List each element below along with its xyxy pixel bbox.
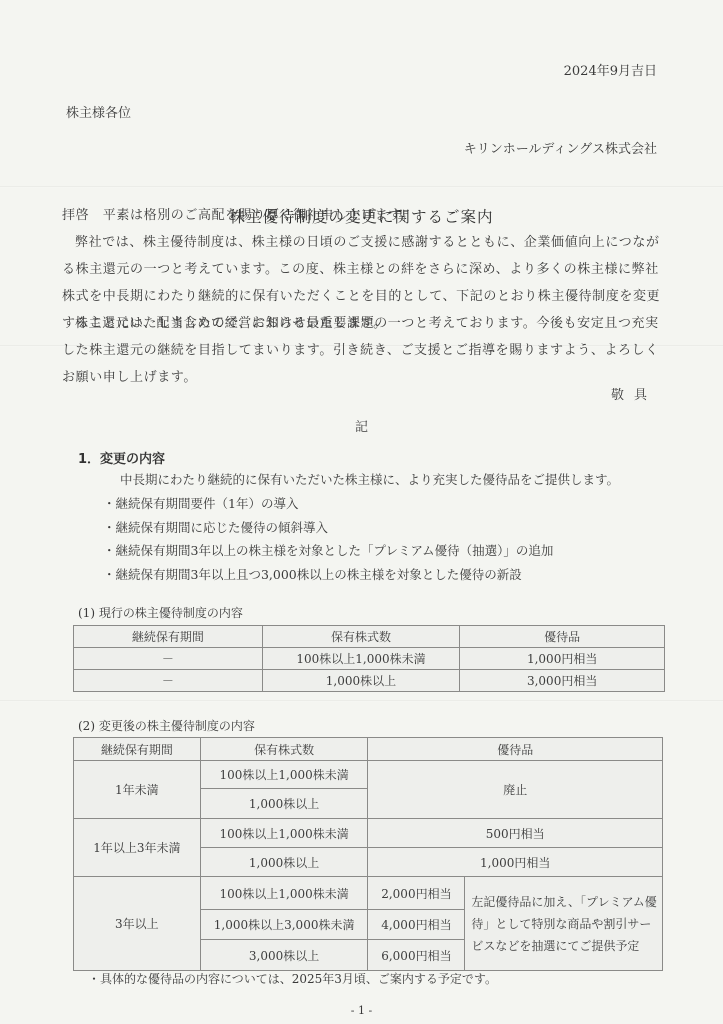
company-name: キリンホールディングス株式会社: [464, 138, 657, 157]
table-header-row: 継続保有期間 保有株式数 優待品: [74, 626, 665, 648]
new-benefits-table: 継続保有期間 保有株式数 優待品 1年未満 100株以上1,000株未満 廃止 …: [73, 737, 663, 971]
header-period: 継続保有期間: [74, 738, 201, 761]
header-period: 継続保有期間: [74, 626, 263, 648]
document-page: 2024年9月吉日 株主様各位 キリンホールディングス株式会社 株主優待制度の変…: [0, 0, 723, 1024]
cell-benefit: 1,000円相当: [368, 848, 663, 877]
paragraph-2-block: 株主還元は、配当含めて経営における最重要課題の一つと考えております。今後も安定且…: [62, 310, 662, 391]
new-table-caption: (2) 変更後の株主優待制度の内容: [78, 717, 255, 734]
cell-benefit: 2,000円相当: [368, 877, 465, 910]
header-benefit: 優待品: [368, 738, 663, 761]
closing-keigu: 敬具: [611, 384, 657, 403]
header-shares: 保有株式数: [262, 626, 460, 648]
cell-benefit: 4,000円相当: [368, 910, 465, 940]
ki-marker: 記: [0, 416, 723, 435]
document-date: 2024年9月吉日: [564, 60, 657, 79]
cell-shares: 1,000株以上: [200, 848, 368, 877]
cell-shares: 1,000株以上: [262, 670, 460, 692]
cell-benefit: 1,000円相当: [460, 648, 665, 670]
paper-fold-line: [0, 700, 723, 702]
cell-shares: 3,000株以上: [200, 940, 368, 971]
table-row: 1年未満 100株以上1,000株未満 廃止: [74, 761, 663, 789]
cell-period: －: [74, 670, 263, 692]
table-row: 1年以上3年未満 100株以上1,000株未満 500円相当: [74, 819, 663, 848]
addressee: 株主様各位: [66, 102, 131, 121]
cell-shares: 1,000株以上: [200, 789, 368, 819]
cell-premium-note: 左記優待品に加え、「プレミアム優待」として特別な商品や割引サービスなどを抽選にて…: [465, 877, 663, 971]
cell-shares: 100株以上1,000株未満: [200, 877, 368, 910]
bullet-item: 継続保有期間3年以上の株主様を対象とした「プレミアム優待（抽選）」の追加: [103, 539, 553, 563]
footnote: ・具体的な優待品の内容については、2025年3月頃、ご案内する予定です。: [88, 970, 497, 987]
cell-shares: 100株以上1,000株未満: [262, 648, 460, 670]
cell-shares: 1,000株以上3,000株未満: [200, 910, 368, 940]
table-row: 3年以上 100株以上1,000株未満 2,000円相当 左記優待品に加え、「プ…: [74, 877, 663, 910]
cell-period: －: [74, 648, 263, 670]
section-1-intro: 中長期にわたり継続的に保有いただいた株主様に、より充実した優待品をご提供します。: [120, 470, 619, 488]
bullet-item: 継続保有期間3年以上且つ3,000株以上の株主様を対象とした優待の新設: [103, 563, 553, 587]
header-shares: 保有株式数: [200, 738, 368, 761]
paper-fold-line: [0, 186, 723, 188]
cell-benefit-abolished: 廃止: [368, 761, 663, 819]
table-row: － 1,000株以上 3,000円相当: [74, 670, 665, 692]
table-row: － 100株以上1,000株未満 1,000円相当: [74, 648, 665, 670]
current-table-caption: (1) 現行の株主優待制度の内容: [78, 604, 243, 621]
header-benefit: 優待品: [460, 626, 665, 648]
cell-period: 1年未満: [74, 761, 201, 819]
change-bullet-list: 継続保有期間要件（1年）の導入 継続保有期間に応じた優待の傾斜導入 継続保有期間…: [103, 492, 553, 586]
paragraph-2: 株主還元は、配当含めて経営における最重要課題の一つと考えております。今後も安定且…: [62, 310, 662, 391]
cell-period: 1年以上3年未満: [74, 819, 201, 877]
page-number: - 1 -: [0, 1004, 723, 1017]
cell-period: 3年以上: [74, 877, 201, 971]
cell-benefit: 500円相当: [368, 819, 663, 848]
bullet-item: 継続保有期間要件（1年）の導入: [103, 492, 553, 516]
current-benefits-table: 継続保有期間 保有株式数 優待品 － 100株以上1,000株未満 1,000円…: [73, 625, 665, 692]
greeting: 拝啓 平素は格別のご高配を賜り厚く御礼申し上げます。: [62, 202, 662, 229]
cell-benefit: 3,000円相当: [460, 670, 665, 692]
table-header-row: 継続保有期間 保有株式数 優待品: [74, 738, 663, 761]
cell-shares: 100株以上1,000株未満: [200, 761, 368, 789]
letter-body: 拝啓 平素は格別のご高配を賜り厚く御礼申し上げます。: [62, 202, 662, 229]
cell-benefit: 6,000円相当: [368, 940, 465, 971]
bullet-item: 継続保有期間に応じた優待の傾斜導入: [103, 516, 553, 540]
section-1-heading: 1．変更の内容: [78, 448, 165, 467]
cell-shares: 100株以上1,000株未満: [200, 819, 368, 848]
